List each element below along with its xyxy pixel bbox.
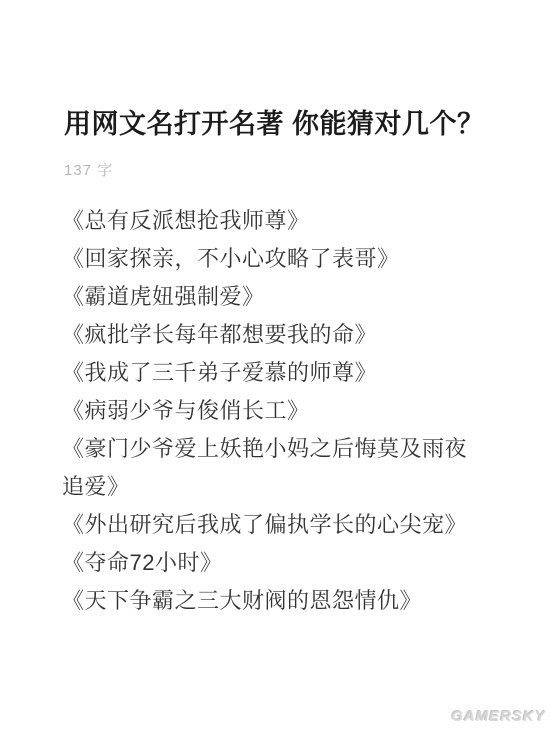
article-page: 用网文名打开名著 你能猜对几个？ 137 字 《总有反派想抢我师尊》 《回家探亲… xyxy=(0,0,550,732)
book-title: 《天下争霸之三大财阀的恩怨情仇》 xyxy=(62,582,504,620)
book-title: 《我成了三千弟子爱慕的师尊》 xyxy=(62,354,504,392)
book-title: 《回家探亲，不小心攻略了表哥》 xyxy=(62,240,504,278)
book-title: 《豪门少爷爱上妖艳小妈之后悔莫及雨夜 追爱》 xyxy=(62,430,504,506)
book-title: 《霸道虎妞强制爱》 xyxy=(62,278,504,316)
book-title: 《病弱少爷与俊俏长工》 xyxy=(62,392,504,430)
word-count-label: 137 字 xyxy=(0,142,550,180)
book-title: 《夺命72小时》 xyxy=(62,544,504,582)
gamersky-watermark: GAMERSKY xyxy=(451,708,546,725)
page-title: 用网文名打开名著 你能猜对几个？ xyxy=(0,0,550,142)
book-title-list: 《总有反派想抢我师尊》 《回家探亲，不小心攻略了表哥》 《霸道虎妞强制爱》 《疯… xyxy=(0,180,550,620)
book-title: 《外出研究后我成了偏执学长的心尖宠》 xyxy=(62,506,504,544)
book-title: 《疯批学长每年都想要我的命》 xyxy=(62,316,504,354)
book-title: 《总有反派想抢我师尊》 xyxy=(62,202,504,240)
